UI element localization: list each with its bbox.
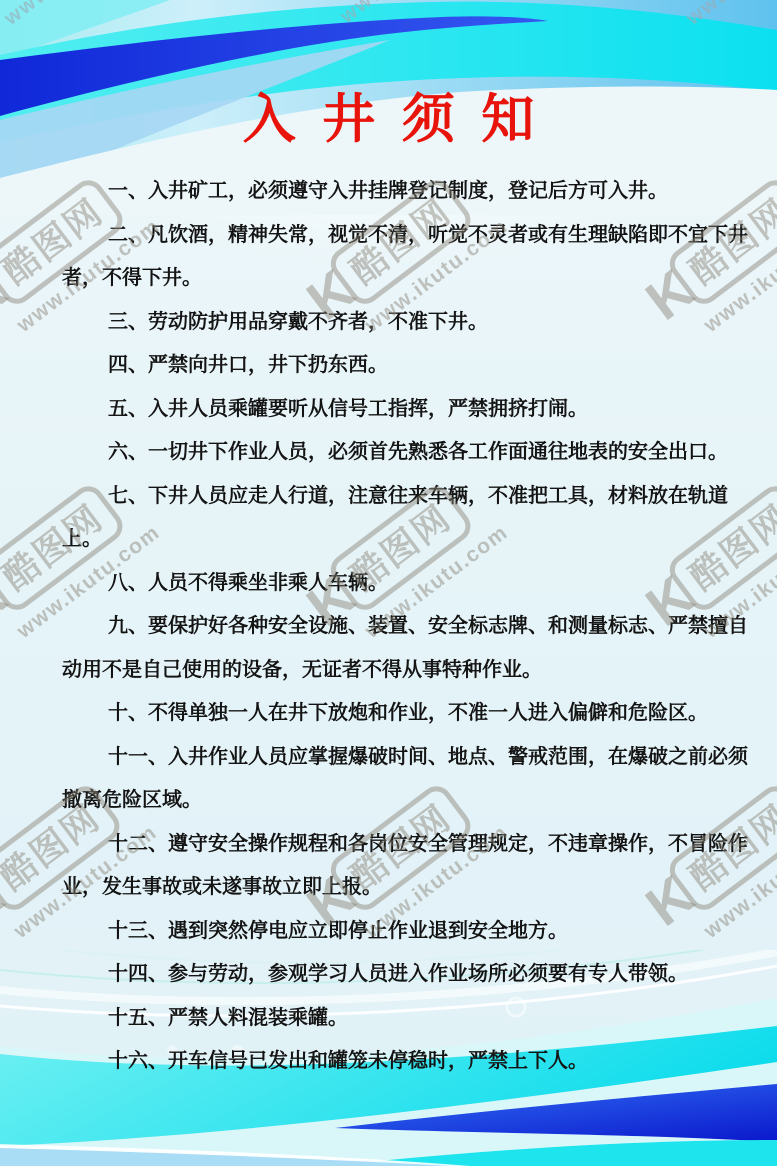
mine-entry-notice-poster: 入井须知 一、入井矿工，必须遵守入井挂牌登记制度，登记后方可入井。二、凡饮酒，精… bbox=[0, 0, 777, 1166]
page-title: 入井须知 bbox=[0, 92, 777, 148]
ikutu-k-mark: K bbox=[0, 566, 16, 635]
notice-item: 十六、开车信号已发出和罐笼未停稳时，严禁上下人。 bbox=[62, 1040, 757, 1084]
notice-item: 十一、入井作业人员应掌握爆破时间、地点、警戒范围，在爆破之前必须 撤离危险区域。 bbox=[62, 736, 757, 823]
notice-item: 二、凡饮酒，精神失常，视觉不清，听觉不灵者或有生理缺陷即不宜下井 者，不得下井。 bbox=[62, 214, 757, 301]
notice-item: 七、下井人员应走人行道，注意往来车辆，不准把工具，材料放在轨道上。 bbox=[62, 475, 757, 562]
ikutu-k-mark: K bbox=[0, 260, 16, 329]
notice-item: 十、不得单独一人在井下放炮和作业，不准一人进入偏僻和危险区。 bbox=[62, 692, 757, 736]
notice-list: 一、入井矿工，必须遵守入井挂牌登记制度，登记后方可入井。二、凡饮酒，精神失常，视… bbox=[62, 170, 757, 1084]
notice-item: 十二、遵守安全操作规程和各岗位安全管理规定，不违章操作，不冒险作 业，发生事故或… bbox=[62, 823, 757, 910]
notice-item: 六、一切井下作业人员，必须首先熟悉各工作面通往地表的安全出口。 bbox=[62, 431, 757, 475]
notice-item: 一、入井矿工，必须遵守入井挂牌登记制度，登记后方可入井。 bbox=[62, 170, 757, 214]
notice-item: 四、严禁向井口，井下扔东西。 bbox=[62, 344, 757, 388]
notice-item: 五、入井人员乘罐要听从信号工指挥，严禁拥挤打闹。 bbox=[62, 388, 757, 432]
notice-item: 十五、严禁人料混装乘罐。 bbox=[62, 997, 757, 1041]
notice-item: 十四、参与劳动，参观学习人员进入作业场所必须要有专人带领。 bbox=[62, 953, 757, 997]
notice-item: 三、劳动防护用品穿戴不齐者，不准下井。 bbox=[62, 301, 757, 345]
notice-item: 八、人员不得乘坐非乘人车辆。 bbox=[62, 562, 757, 606]
notice-item: 九、要保护好各种安全设施、装置、安全标志牌、和测量标志、严禁擅自 动用不是自己使… bbox=[62, 605, 757, 692]
ikutu-k-mark: K bbox=[0, 866, 13, 935]
notice-item: 十三、遇到突然停电应立即停止作业退到安全地方。 bbox=[62, 910, 757, 954]
